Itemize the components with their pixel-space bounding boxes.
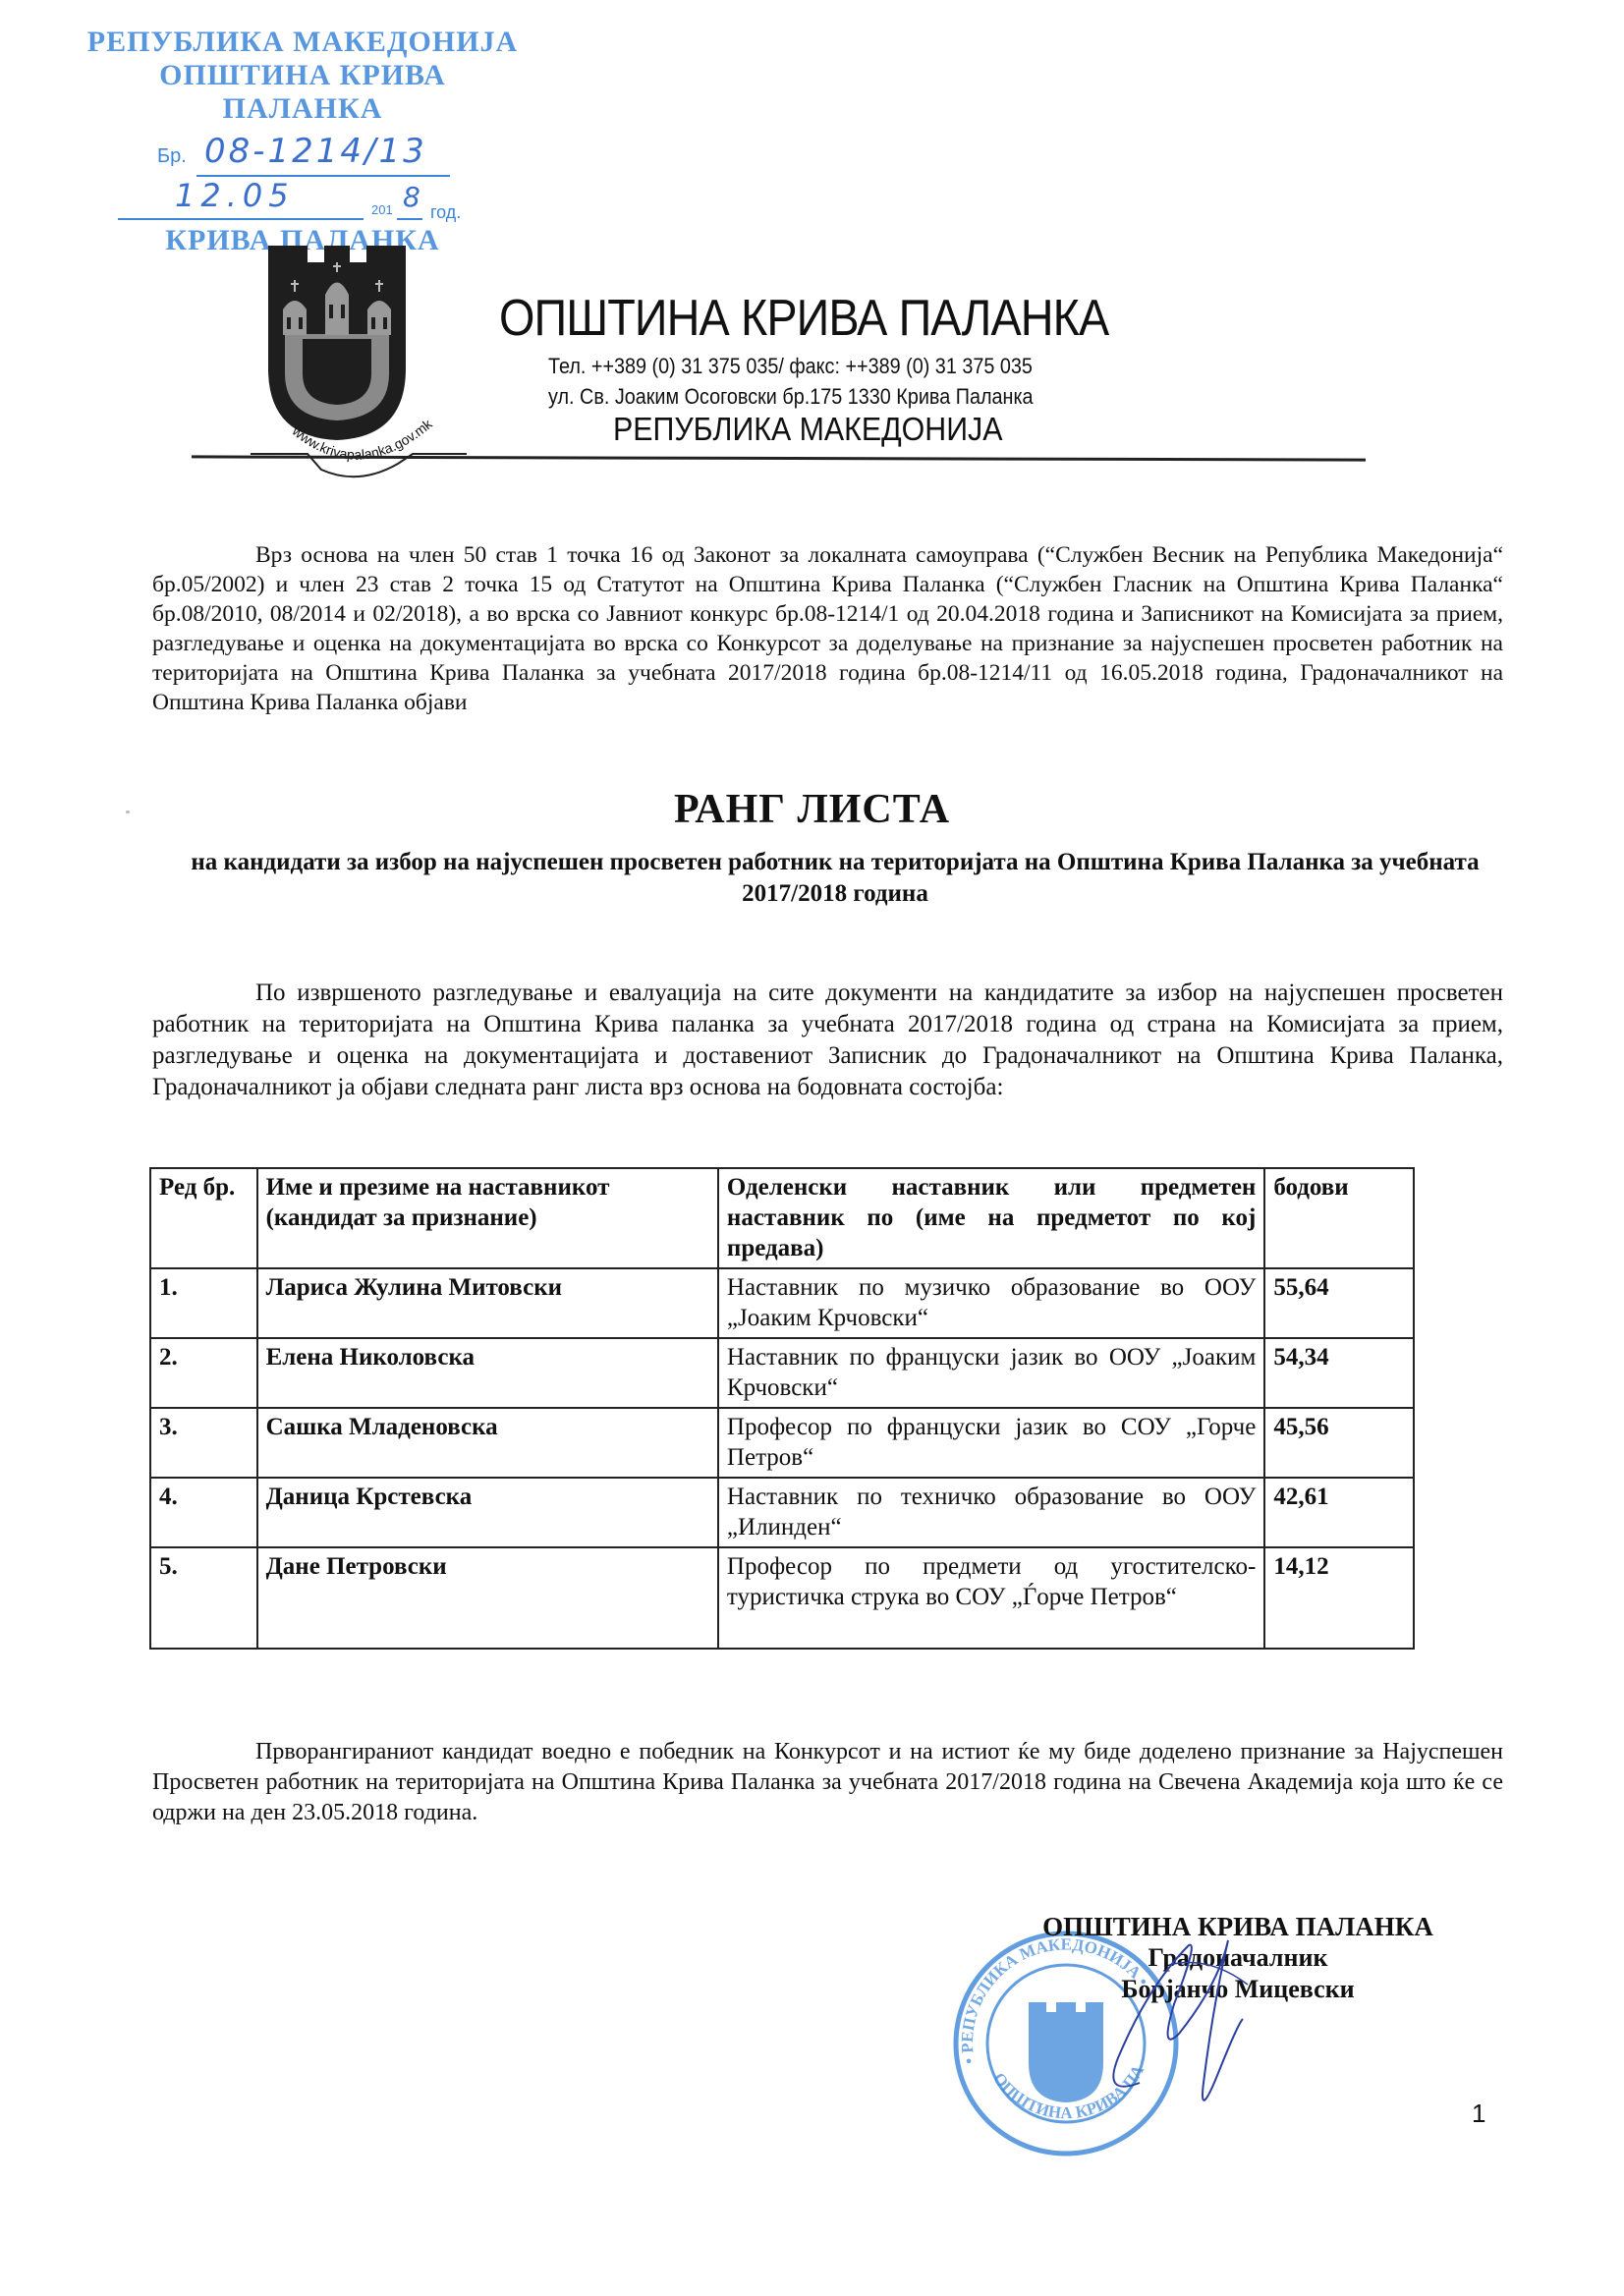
table-row: 2. Елена Николовска Наставник по францус… (150, 1338, 1414, 1408)
column-header-name: Име и презиме на наставникот (кандидат з… (257, 1168, 718, 1268)
position-cell: Професор по предмети од угостителско-тур… (718, 1547, 1264, 1649)
position-cell: Наставник по музичко образование во ООУ … (718, 1268, 1264, 1338)
evaluation-paragraph: По извршеното разгледување и евалуација … (152, 978, 1503, 1103)
stamp-year-prefix: 201 (371, 202, 393, 217)
letterhead-title: ОПШТИНА КРИВА ПАЛАНКА (499, 289, 1108, 348)
rank-cell: 1. (150, 1268, 257, 1338)
document-title: РАНГ ЛИСТА (0, 786, 1624, 833)
table-row: 5. Дане Петровски Професор по предмети о… (150, 1547, 1414, 1649)
stamp-date-value: 12.05 (175, 177, 295, 214)
position-cell: Професор по француски јазик во СОУ „Горч… (718, 1408, 1264, 1478)
rank-cell: 2. (150, 1338, 257, 1408)
website-arc-ribbon: www.krivapalanka.gov.mk (251, 393, 467, 481)
table-row: 4. Даница Крстевска Наставник по техничк… (150, 1478, 1414, 1547)
intro-paragraph: Врз основа на член 50 став 1 точка 16 од… (152, 540, 1503, 717)
stamp-number-label: Бр. (157, 145, 187, 168)
rank-cell: 5. (150, 1547, 257, 1649)
column-header-position: Оделенски наставник или предметен настав… (718, 1168, 1264, 1268)
candidate-name-cell: Сашка Младеновска (257, 1408, 718, 1478)
letterhead-phone: Тел. ++389 (0) 31 375 035/ факс: ++389 (… (548, 354, 1033, 379)
rank-cell: 4. (150, 1478, 257, 1547)
stamp-date-underline (118, 218, 364, 220)
stamp-number-value: 08-1214/13 (204, 132, 440, 171)
stamp-year-underline (397, 218, 422, 220)
table-row: 3. Сашка Младеновска Професор по францус… (150, 1408, 1414, 1478)
points-cell: 42,61 (1264, 1478, 1414, 1547)
candidate-name-cell: Дане Петровски (257, 1547, 718, 1649)
position-cell: Наставник по француски јазик во ООУ „Јоа… (718, 1338, 1264, 1408)
letterhead-country: РЕПУБЛИКА МАКЕДОНИЈА (613, 411, 1002, 448)
candidate-name-cell: Лариса Жулина Митовски (257, 1268, 718, 1338)
page-number: 1 (1472, 2099, 1485, 2129)
ranking-table: Ред бр. Име и презиме на наставникот (ка… (149, 1167, 1415, 1650)
stamp-year-digit: 8 (403, 181, 420, 213)
points-cell: 55,64 (1264, 1268, 1414, 1338)
stamp-line-republic: РЕПУБЛИКА МАКЕДОНИЈА (86, 26, 519, 59)
points-cell: 45,56 (1264, 1408, 1414, 1478)
handwritten-signature-icon (1081, 1926, 1297, 2122)
rank-cell: 3. (150, 1408, 257, 1478)
stamp-number-row: Бр. 08-1214/13 (86, 132, 519, 177)
position-cell: Наставник по техничко образование во ООУ… (718, 1478, 1264, 1547)
stamp-line-municipality: ОПШТИНА КРИВА ПАЛАНКА (86, 59, 519, 126)
candidate-name-cell: Даница Крстевска (257, 1478, 718, 1547)
points-cell: 54,34 (1264, 1338, 1414, 1408)
registry-stamp: РЕПУБЛИКА МАКЕДОНИЈА ОПШТИНА КРИВА ПАЛАН… (86, 26, 519, 257)
letterhead-address: ул. Св. Јоаким Осоговски бр.175 1330 Кри… (548, 384, 1034, 410)
table-row: 1. Лариса Жулина Митовски Наставник по м… (150, 1268, 1414, 1338)
table-header-row: Ред бр. Име и презиме на наставникот (ка… (150, 1168, 1414, 1268)
stamp-date-row: 12.05 201 8 год. (86, 177, 519, 222)
column-header-points: бодови (1264, 1168, 1414, 1268)
closing-paragraph: Прворангираниот кандидат воедно е победн… (152, 1737, 1503, 1828)
column-header-rank: Ред бр. (150, 1168, 257, 1268)
document-subtitle: на кандидати за избор на најуспешен прос… (177, 847, 1493, 910)
candidate-name-cell: Елена Николовска (257, 1338, 718, 1408)
stamp-year-suffix: год. (430, 202, 461, 223)
points-cell: 14,12 (1264, 1547, 1414, 1649)
